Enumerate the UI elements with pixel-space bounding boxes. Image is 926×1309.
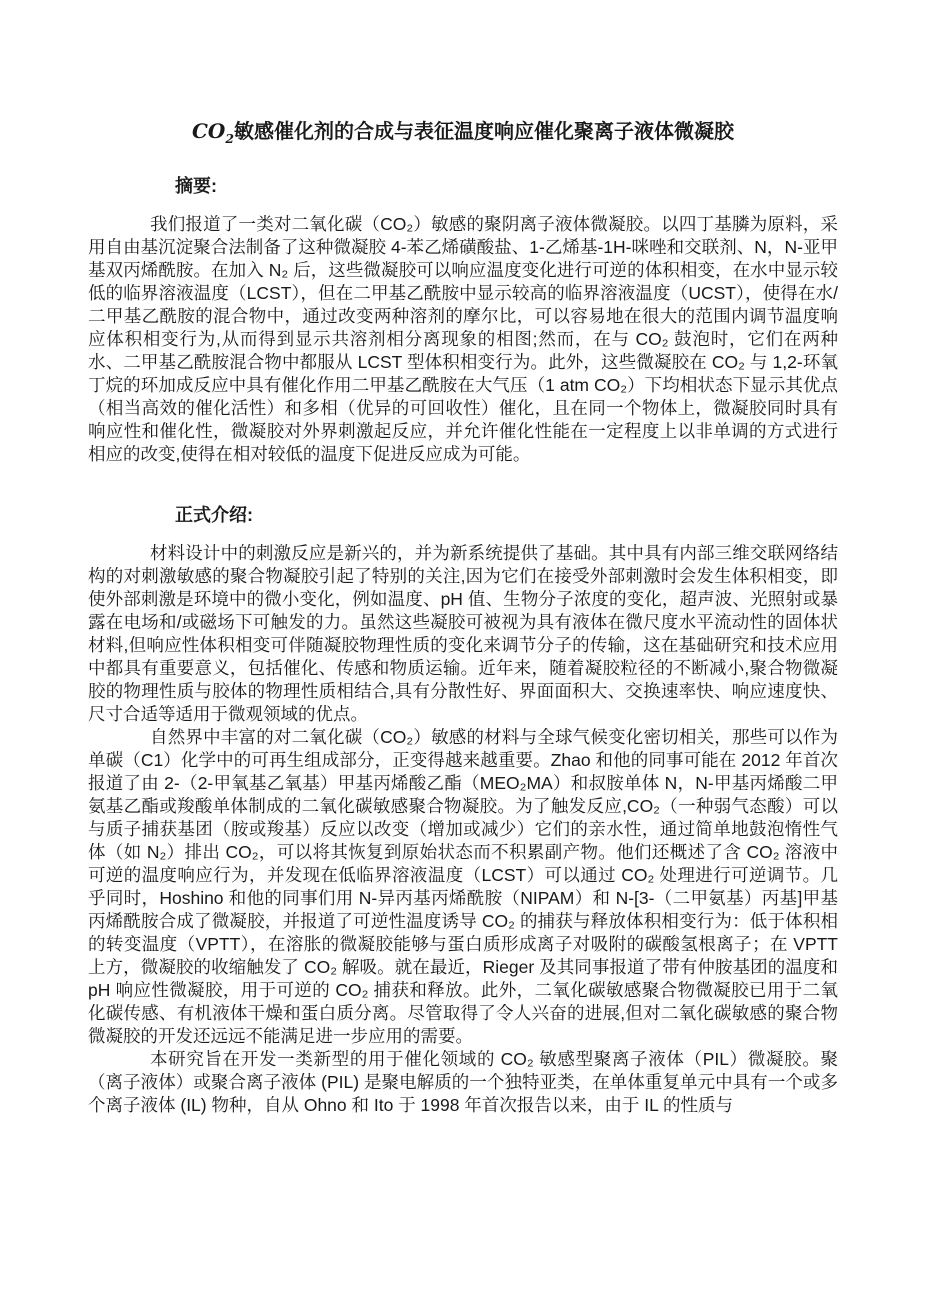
introduction-heading: 正式介绍: — [88, 503, 838, 527]
document-title: CO2敏感催化剂的合成与表征温度响应催化聚离子液体微凝胶 — [88, 116, 838, 147]
title-chem-subscript: 2 — [225, 131, 234, 146]
introduction-paragraph-2: 自然界中丰富的对二氧化碳（CO₂）敏感的材料与全球气候变化密切相关，那些可以作为… — [88, 726, 838, 1048]
document-page: CO2敏感催化剂的合成与表征温度响应催化聚离子液体微凝胶 摘要: 我们报道了一类… — [0, 0, 926, 1309]
introduction-paragraph-1: 材料设计中的刺激反应是新兴的，并为新系统提供了基础。其中具有内部三维交联网络结构… — [88, 542, 838, 726]
abstract-paragraph: 我们报道了一类对二氧化碳（CO₂）敏感的聚阴离子液体微凝胶。以四丁基膦为原料，采… — [88, 213, 838, 466]
title-text: 敏感催化剂的合成与表征温度响应催化聚离子液体微凝胶 — [234, 121, 734, 143]
title-chem-prefix: CO — [192, 119, 225, 143]
introduction-paragraph-3: 本研究旨在开发一类新型的用于催化领域的 CO₂ 敏感型聚离子液体（PIL）微凝胶… — [88, 1048, 838, 1117]
title-chem-formula: CO2 — [192, 119, 234, 143]
document-content: CO2敏感催化剂的合成与表征温度响应催化聚离子液体微凝胶 摘要: 我们报道了一类… — [0, 0, 926, 1117]
abstract-heading: 摘要: — [88, 174, 838, 198]
